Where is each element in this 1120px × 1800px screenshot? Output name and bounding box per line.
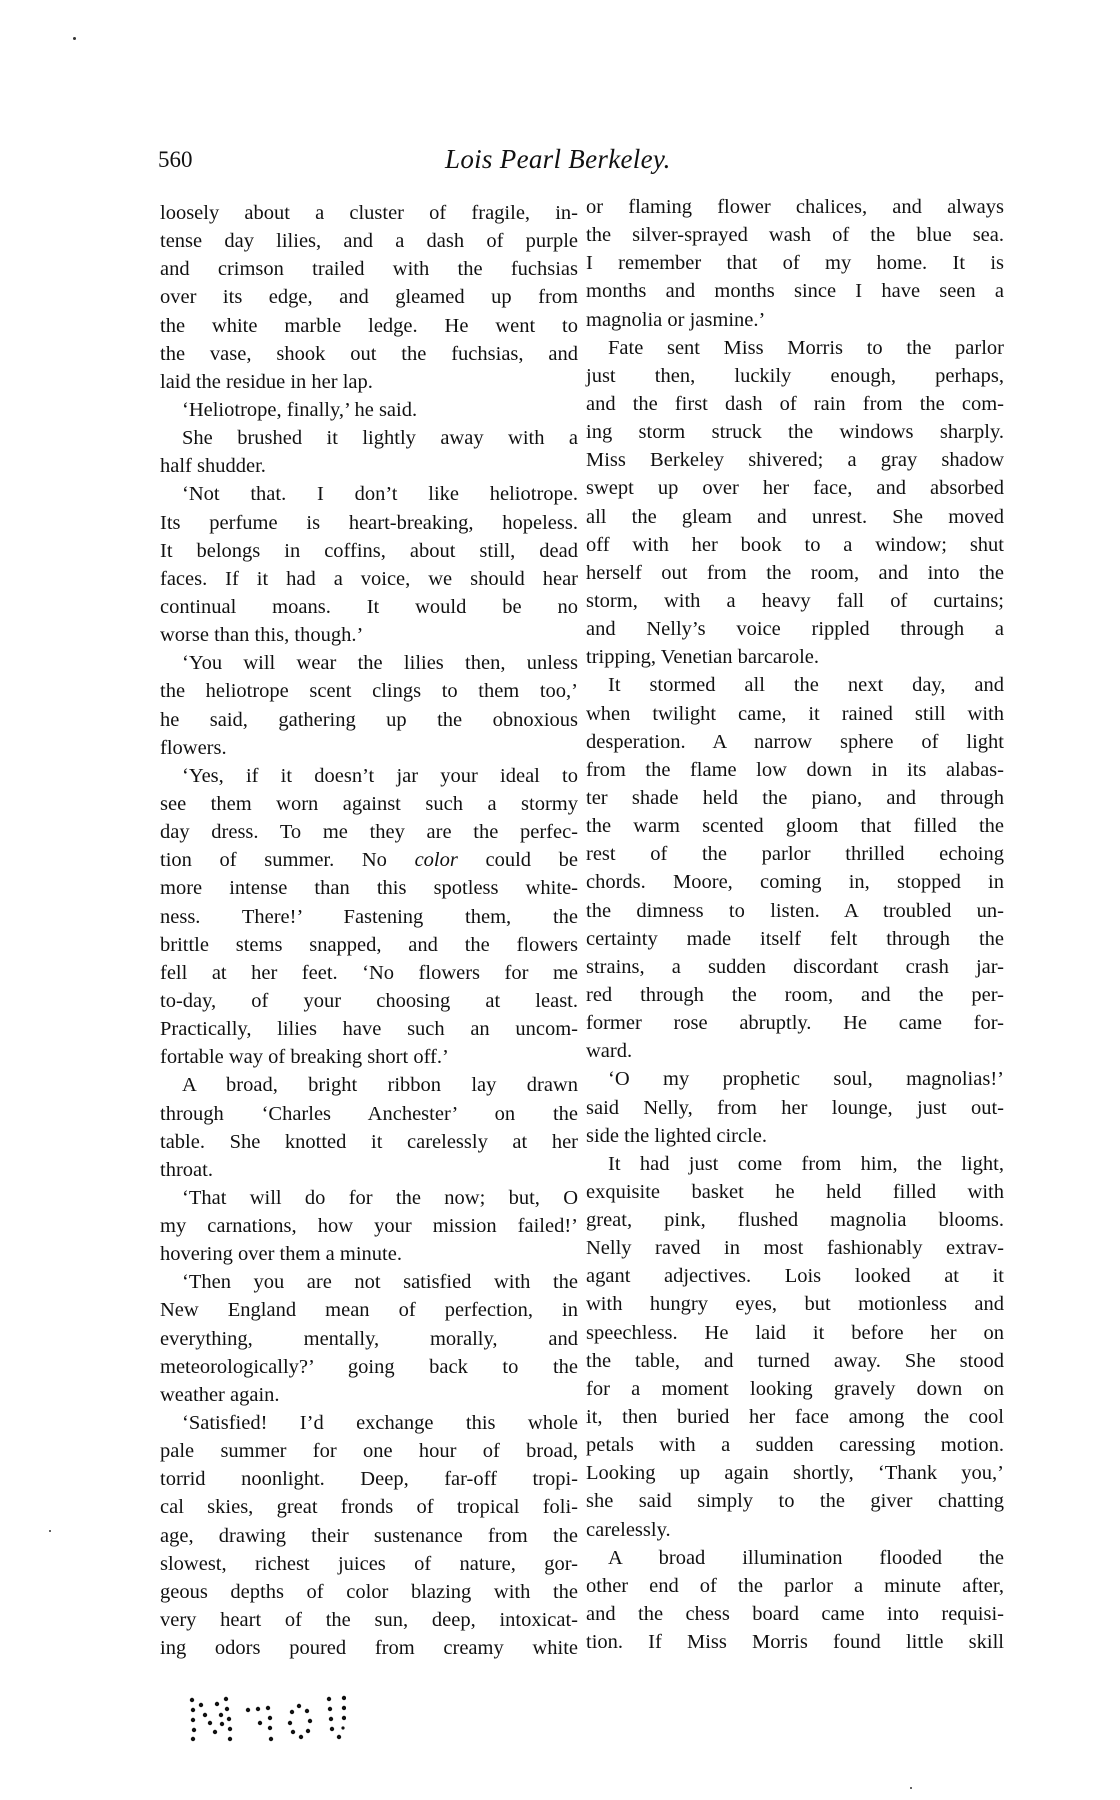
- text-line: ness. There!’ Fastening them, the: [160, 903, 578, 931]
- text-line: geous depths of color blazing with the: [160, 1578, 578, 1606]
- text-line: Nelly raved in most fashionably extrav-: [586, 1234, 1004, 1262]
- text-line: table. She knotted it carelessly at her: [160, 1128, 578, 1156]
- text-line: Fate sent Miss Morris to the parlor: [586, 334, 1004, 362]
- text-column-right: or flaming flower chalices, and alwaysth…: [586, 193, 1004, 1656]
- text-line: through ‘Charles Anchester’ on the: [160, 1100, 578, 1128]
- text-line: pale summer for one hour of broad,: [160, 1437, 578, 1465]
- text-line: flowers.: [160, 734, 578, 762]
- text-line: chords. Moore, coming in, stopped in: [586, 868, 1004, 896]
- text-line: age, drawing their sustenance from the: [160, 1522, 578, 1550]
- text-line: very heart of the sun, deep, intoxicat-: [160, 1606, 578, 1634]
- text-line: ing storm struck the windows sharply.: [586, 418, 1004, 446]
- text-line: swept up over her face, and absorbed: [586, 474, 1004, 502]
- text-line: strains, a sudden discordant crash jar-: [586, 953, 1004, 981]
- text-line: herself out from the room, and into the: [586, 559, 1004, 587]
- text-line: throat.: [160, 1156, 578, 1184]
- stray-mark: [73, 37, 76, 40]
- text-line: desperation. A narrow sphere of light: [586, 728, 1004, 756]
- text-line: loosely about a cluster of fragile, in-: [160, 199, 578, 227]
- text-line: ‘That will do for the now; but, O: [160, 1184, 578, 1212]
- text-line: ‘Heliotrope, finally,’ he said.: [160, 396, 578, 424]
- text-line: she said simply to the giver chatting: [586, 1487, 1004, 1515]
- text-line: Practically, lilies have such an uncom-: [160, 1015, 578, 1043]
- text-line: former rose abruptly. He came for-: [586, 1009, 1004, 1037]
- text-line: ‘Not that. I don’t like heliotrope.: [160, 480, 578, 508]
- text-line: I remember that of my home. It is: [586, 249, 1004, 277]
- text-line: certainty made itself felt through the: [586, 925, 1004, 953]
- text-line: just then, luckily enough, perhaps,: [586, 362, 1004, 390]
- text-line: petals with a sudden caressing motion.: [586, 1431, 1004, 1459]
- text-line: rest of the parlor thrilled echoing: [586, 840, 1004, 868]
- text-line: She brushed it lightly away with a: [160, 424, 578, 452]
- page-number: 560: [158, 146, 193, 174]
- text-line: day dress. To me they are the perfec-: [160, 818, 578, 846]
- text-line: the dimness to listen. A troubled un-: [586, 897, 1004, 925]
- text-line: said Nelly, from her lounge, just out-: [586, 1094, 1004, 1122]
- text-line: it, then buried her face among the cool: [586, 1403, 1004, 1431]
- text-line: ter shade held the piano, and through: [586, 784, 1004, 812]
- text-line: Looking up again shortly, ‘Thank you,’: [586, 1459, 1004, 1487]
- text-line: weather again.: [160, 1381, 578, 1409]
- text-line: from the flame low down in its alabas-: [586, 756, 1004, 784]
- text-line: cal skies, great fronds of tropical foli…: [160, 1493, 578, 1521]
- text-line: continual moans. It would be no: [160, 593, 578, 621]
- text-line: It belongs in coffins, about still, dead: [160, 537, 578, 565]
- text-line: tion of summer. No color could be: [160, 846, 578, 874]
- text-line: ‘You will wear the lilies then, unless: [160, 649, 578, 677]
- text-line: exquisite basket he held filled with: [586, 1178, 1004, 1206]
- stray-mark: [49, 1530, 51, 1532]
- text-line: storm, with a heavy fall of curtains;: [586, 587, 1004, 615]
- text-line: my carnations, how your mission failed!’: [160, 1212, 578, 1240]
- text-line: A broad illumination flooded the: [586, 1544, 1004, 1572]
- text-line: off with her book to a window; shut: [586, 531, 1004, 559]
- text-line: worse than this, though.’: [160, 621, 578, 649]
- text-column-left: loosely about a cluster of fragile, in-t…: [160, 199, 578, 1662]
- stray-mark: [910, 1787, 912, 1789]
- text-line: ‘Yes, if it doesn’t jar your ideal to: [160, 762, 578, 790]
- text-line: everything, mentally, morally, and: [160, 1325, 578, 1353]
- text-line: the white marble ledge. He went to: [160, 312, 578, 340]
- text-line: great, pink, flushed magnolia blooms.: [586, 1206, 1004, 1234]
- text-line: side the lighted circle.: [586, 1122, 1004, 1150]
- text-line: fell at her feet. ‘No flowers for me: [160, 959, 578, 987]
- text-line: half shudder.: [160, 452, 578, 480]
- text-line: ‘O my prophetic soul, magnolias!’: [586, 1065, 1004, 1093]
- text-line: tense day lilies, and a dash of purple: [160, 227, 578, 255]
- text-line: agant adjectives. Lois looked at it: [586, 1262, 1004, 1290]
- text-line: A broad, bright ribbon lay drawn: [160, 1071, 578, 1099]
- text-line: It stormed all the next day, and: [586, 671, 1004, 699]
- text-line: meteorologically?’ going back to the: [160, 1353, 578, 1381]
- text-line: months and months since I have seen a: [586, 277, 1004, 305]
- text-line: the silver-sprayed wash of the blue sea.: [586, 221, 1004, 249]
- text-line: magnolia or jasmine.’: [586, 306, 1004, 334]
- text-line: speechless. He laid it before her on: [586, 1319, 1004, 1347]
- text-line: the table, and turned away. She stood: [586, 1347, 1004, 1375]
- text-line: and the first dash of rain from the com-: [586, 390, 1004, 418]
- text-line: or flaming flower chalices, and always: [586, 193, 1004, 221]
- text-line: ward.: [586, 1037, 1004, 1065]
- text-line: ing odors poured from creamy white: [160, 1634, 578, 1662]
- running-title: Lois Pearl Berkeley.: [445, 143, 671, 175]
- text-line: see them worn against such a stormy: [160, 790, 578, 818]
- text-line: tion. If Miss Morris found little skill: [586, 1628, 1004, 1656]
- text-line: Its perfume is heart-breaking, hopeless.: [160, 509, 578, 537]
- text-line: the warm scented gloom that filled the: [586, 812, 1004, 840]
- text-line: the vase, shook out the fuchsias, and: [160, 340, 578, 368]
- text-line: red through the room, and the per-: [586, 981, 1004, 1009]
- text-line: slowest, richest juices of nature, gor-: [160, 1550, 578, 1578]
- text-line: ‘Then you are not satisfied with the: [160, 1268, 578, 1296]
- text-line: New England mean of perfection, in: [160, 1296, 578, 1324]
- text-line: the heliotrope scent clings to them too,…: [160, 677, 578, 705]
- text-line: more intense than this spotless white-: [160, 874, 578, 902]
- perforated-stamp-icon: [186, 1690, 346, 1748]
- text-line: torrid noonlight. Deep, far-off tropi-: [160, 1465, 578, 1493]
- text-line: and the chess board came into requisi-: [586, 1600, 1004, 1628]
- text-line: carelessly.: [586, 1516, 1004, 1544]
- text-line: fortable way of breaking short off.’: [160, 1043, 578, 1071]
- text-line: and Nelly’s voice rippled through a: [586, 615, 1004, 643]
- text-line: over its edge, and gleamed up from: [160, 283, 578, 311]
- text-line: all the gleam and unrest. She moved: [586, 503, 1004, 531]
- text-line: to-day, of your choosing at least.: [160, 987, 578, 1015]
- text-line: Miss Berkeley shivered; a gray shadow: [586, 446, 1004, 474]
- text-line: and crimson trailed with the fuchsias: [160, 255, 578, 283]
- text-line: It had just come from him, the light,: [586, 1150, 1004, 1178]
- text-line: with hungry eyes, but motionless and: [586, 1290, 1004, 1318]
- text-line: other end of the parlor a minute after,: [586, 1572, 1004, 1600]
- text-line: for a moment looking gravely down on: [586, 1375, 1004, 1403]
- text-line: ‘Satisfied! I’d exchange this whole: [160, 1409, 578, 1437]
- text-line: hovering over them a minute.: [160, 1240, 578, 1268]
- text-line: he said, gathering up the obnoxious: [160, 706, 578, 734]
- text-line: tripping, Venetian barcarole.: [586, 643, 1004, 671]
- text-line: when twilight came, it rained still with: [586, 700, 1004, 728]
- text-line: brittle stems snapped, and the flowers: [160, 931, 578, 959]
- text-line: faces. If it had a voice, we should hear: [160, 565, 578, 593]
- text-line: laid the residue in her lap.: [160, 368, 578, 396]
